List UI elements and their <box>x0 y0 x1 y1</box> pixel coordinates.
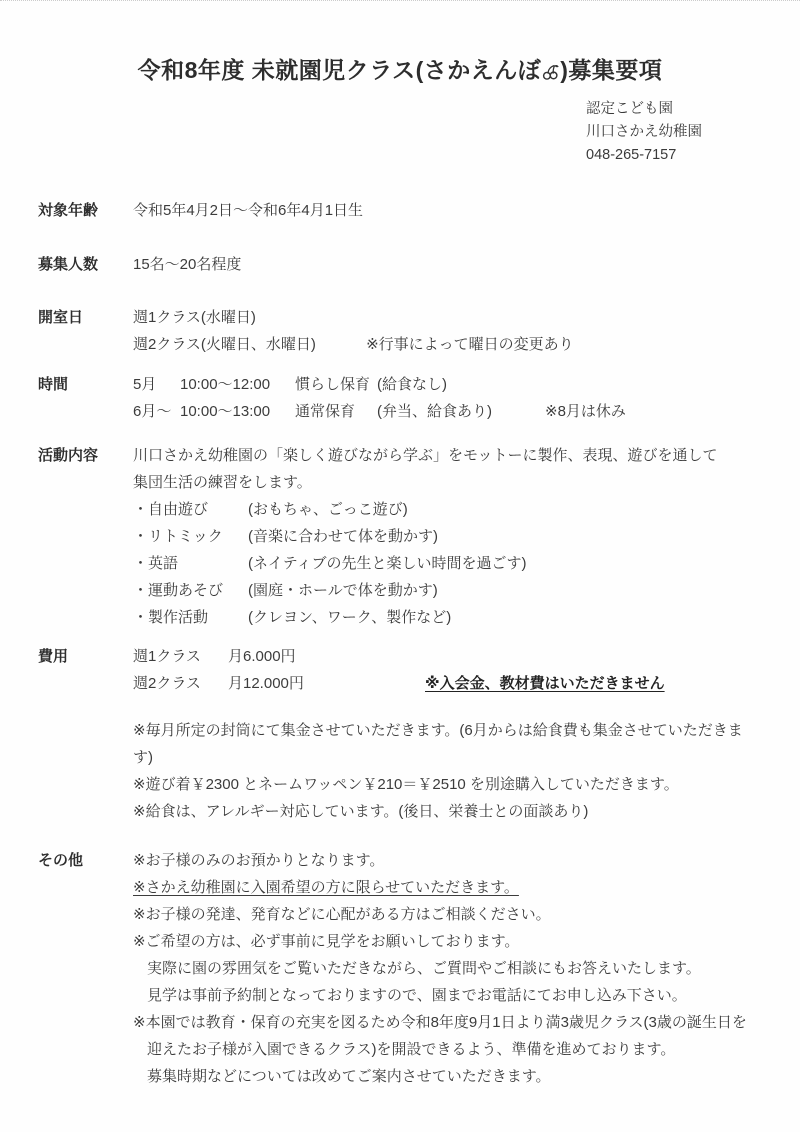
title-text-after: )募集要項 <box>560 57 662 83</box>
hours-content: 5月 10:00～12:00 慣らし保育 (給食なし) 6月～ 10:00～13… <box>133 371 762 425</box>
section-target-age: 対象年齢 令和5年4月2日～令和6年4月1日生 <box>38 197 762 224</box>
section-activities: 活動内容 川口さかえ幼稚園の「楽しく遊びながら学ぶ」をモットーに製作、表現、遊び… <box>38 442 762 631</box>
open-days-note: ※行事によって曜日の変更あり <box>366 336 574 353</box>
fee-row: 週1クラス 月6.000円 <box>133 643 762 670</box>
scanned-document-page: 令和8年度 未就園児クラス(さかえんぼ)募集要項 認定こども園 川口さかえ幼稚園… <box>0 0 800 1132</box>
contact-block: 認定こども園 川口さかえ幼稚園 048-265-7157 <box>586 98 702 167</box>
fee-note: ※給食は、アレルギー対応しています。(後日、栄養士との面談あり) <box>133 798 762 825</box>
other-line: 募集時期などについては改めてご案内させていただきます。 <box>133 1063 762 1090</box>
other-line: 見学は事前予約制となっておりますので、園までお電話にてお申し込み下さい。 <box>133 982 762 1009</box>
activity-name: ・運動あそび <box>133 577 248 604</box>
other-line: 迎えたお子様が入園できるクラス)を開設できるよう、準備を進めております。 <box>133 1036 762 1063</box>
other-line-underlined: ※さかえ幼稚園に入園希望の方に限らせていただきます。 <box>133 874 762 901</box>
hours-label: 時間 <box>38 371 133 398</box>
activity-item: ・運動あそび (園庭・ホールで体を動かす) <box>133 577 762 604</box>
fees-content: 週1クラス 月6.000円 週2クラス 月12.000円 ※入会金、教材費はいた… <box>133 643 762 697</box>
other-line: ※お子様のみのお預かりとなります。 <box>133 847 762 874</box>
hours-meal: (弁当、給食あり) <box>377 398 545 425</box>
activity-item: ・製作活動 (クレヨン、ワーク、製作など) <box>133 604 762 631</box>
target-age-value: 令和5年4月2日～令和6年4月1日生 <box>133 197 762 224</box>
other-line: ※本園では教育・保育の充実を図るため令和8年度9月1日より満3歳児クラス(3歳の… <box>133 1009 762 1036</box>
phone-number: 048-265-7157 <box>586 144 702 167</box>
open-days-line2: 週2クラス(火曜日、水曜日) <box>133 336 316 353</box>
hours-time: 10:00～13:00 <box>180 398 295 425</box>
section-hours: 時間 5月 10:00～12:00 慣らし保育 (給食なし) 6月～ 10:00… <box>38 371 762 425</box>
activity-item: ・自由遊び (おもちゃ、ごっこ遊び) <box>133 496 762 523</box>
activities-content: 川口さかえ幼稚園の「楽しく遊びながら学ぶ」をモットーに製作、表現、遊びを通して … <box>133 442 762 631</box>
other-line: 実際に園の雰囲気をご覧いただきながら、ご質問やご相談にもお答えいたします。 <box>133 955 762 982</box>
activity-item: ・英語 (ネイティブの先生と楽しい時間を過ごす) <box>133 550 762 577</box>
hours-care-type: 通常保育 <box>295 398 377 425</box>
activity-desc: (園庭・ホールで体を動かす) <box>248 577 438 604</box>
fee-price: 月12.000円 <box>228 670 425 697</box>
org-type: 認定こども園 <box>586 98 702 121</box>
target-age-label: 対象年齢 <box>38 197 133 224</box>
fee-price: 月6.000円 <box>228 643 425 670</box>
fee-class: 週2クラス <box>133 670 228 697</box>
fee-highlight-note: ※入会金、教材費はいただきません <box>425 670 665 697</box>
section-open-days: 開室日 週1クラス(水曜日) 週2クラス(火曜日、水曜日) ※行事によって曜日の… <box>38 304 762 358</box>
activities-intro1: 川口さかえ幼稚園の「楽しく遊びながら学ぶ」をモットーに製作、表現、遊びを通して <box>133 442 762 469</box>
fee-notes-block: ※毎月所定の封筒にて集金させていただきます。(6月からは給食費も集金させていただ… <box>133 717 762 825</box>
org-name: 川口さかえ幼稚園 <box>586 121 702 144</box>
hours-note: ※8月は休み <box>545 398 626 425</box>
other-label: その他 <box>38 847 133 874</box>
fee-note: ※遊び着￥2300 とネームワッペン￥210＝￥2510 を別途購入していただき… <box>133 771 762 798</box>
activities-label: 活動内容 <box>38 442 133 469</box>
fee-class: 週1クラス <box>133 643 228 670</box>
hours-row: 6月～ 10:00～13:00 通常保育 (弁当、給食あり) ※8月は休み <box>133 398 762 425</box>
hours-meal: (給食なし) <box>377 371 545 398</box>
activity-desc: (おもちゃ、ごっこ遊び) <box>248 496 408 523</box>
activity-desc: (ネイティブの先生と楽しい時間を過ごす) <box>248 550 527 577</box>
hours-care-type: 慣らし保育 <box>295 371 377 398</box>
fee-note: ※毎月所定の封筒にて集金させていただきます。(6月からは給食費も集金させていただ… <box>133 717 762 771</box>
hours-time: 10:00～12:00 <box>180 371 295 398</box>
section-fees: 費用 週1クラス 月6.000円 週2クラス 月12.000円 ※入会金、教材費… <box>38 643 762 697</box>
activity-name: ・自由遊び <box>133 496 248 523</box>
other-line: ※お子様の発達、発育などに心配がある方はご相談ください。 <box>133 901 762 928</box>
capacity-value: 15名～20名程度 <box>133 251 762 278</box>
activity-desc: (音楽に合わせて体を動かす) <box>248 523 438 550</box>
open-days-content: 週1クラス(水曜日) 週2クラス(火曜日、水曜日) ※行事によって曜日の変更あり <box>133 304 762 358</box>
hours-month: 6月～ <box>133 398 180 425</box>
section-other: その他 ※お子様のみのお預かりとなります。 ※さかえ幼稚園に入園希望の方に限らせ… <box>38 847 762 1090</box>
activity-name: ・製作活動 <box>133 604 248 631</box>
open-days-label: 開室日 <box>38 304 133 331</box>
activity-item: ・リトミック (音楽に合わせて体を動かす) <box>133 523 762 550</box>
section-capacity: 募集人数 15名～20名程度 <box>38 251 762 278</box>
fees-label: 費用 <box>38 643 133 670</box>
hours-month: 5月 <box>133 371 180 398</box>
activity-desc: (クレヨン、ワーク、製作など) <box>248 604 451 631</box>
capacity-label: 募集人数 <box>38 251 133 278</box>
open-days-line2-row: 週2クラス(火曜日、水曜日) ※行事によって曜日の変更あり <box>133 331 762 358</box>
other-line: ※ご希望の方は、必ず事前に見学をお願いしております。 <box>133 928 762 955</box>
title-text-before: 令和8年度 未就園児クラス(さかえんぼ <box>138 57 542 83</box>
other-content: ※お子様のみのお預かりとなります。 ※さかえ幼稚園に入園希望の方に限らせていただ… <box>133 847 762 1090</box>
cherry-icon <box>542 59 559 86</box>
activities-intro2: 集団生活の練習をします。 <box>133 469 762 496</box>
fee-row: 週2クラス 月12.000円 ※入会金、教材費はいただきません <box>133 670 762 697</box>
open-days-line1: 週1クラス(水曜日) <box>133 304 762 331</box>
hours-row: 5月 10:00～12:00 慣らし保育 (給食なし) <box>133 371 762 398</box>
activity-name: ・英語 <box>133 550 248 577</box>
activity-name: ・リトミック <box>133 523 248 550</box>
page-title: 令和8年度 未就園児クラス(さかえんぼ)募集要項 <box>38 52 762 86</box>
